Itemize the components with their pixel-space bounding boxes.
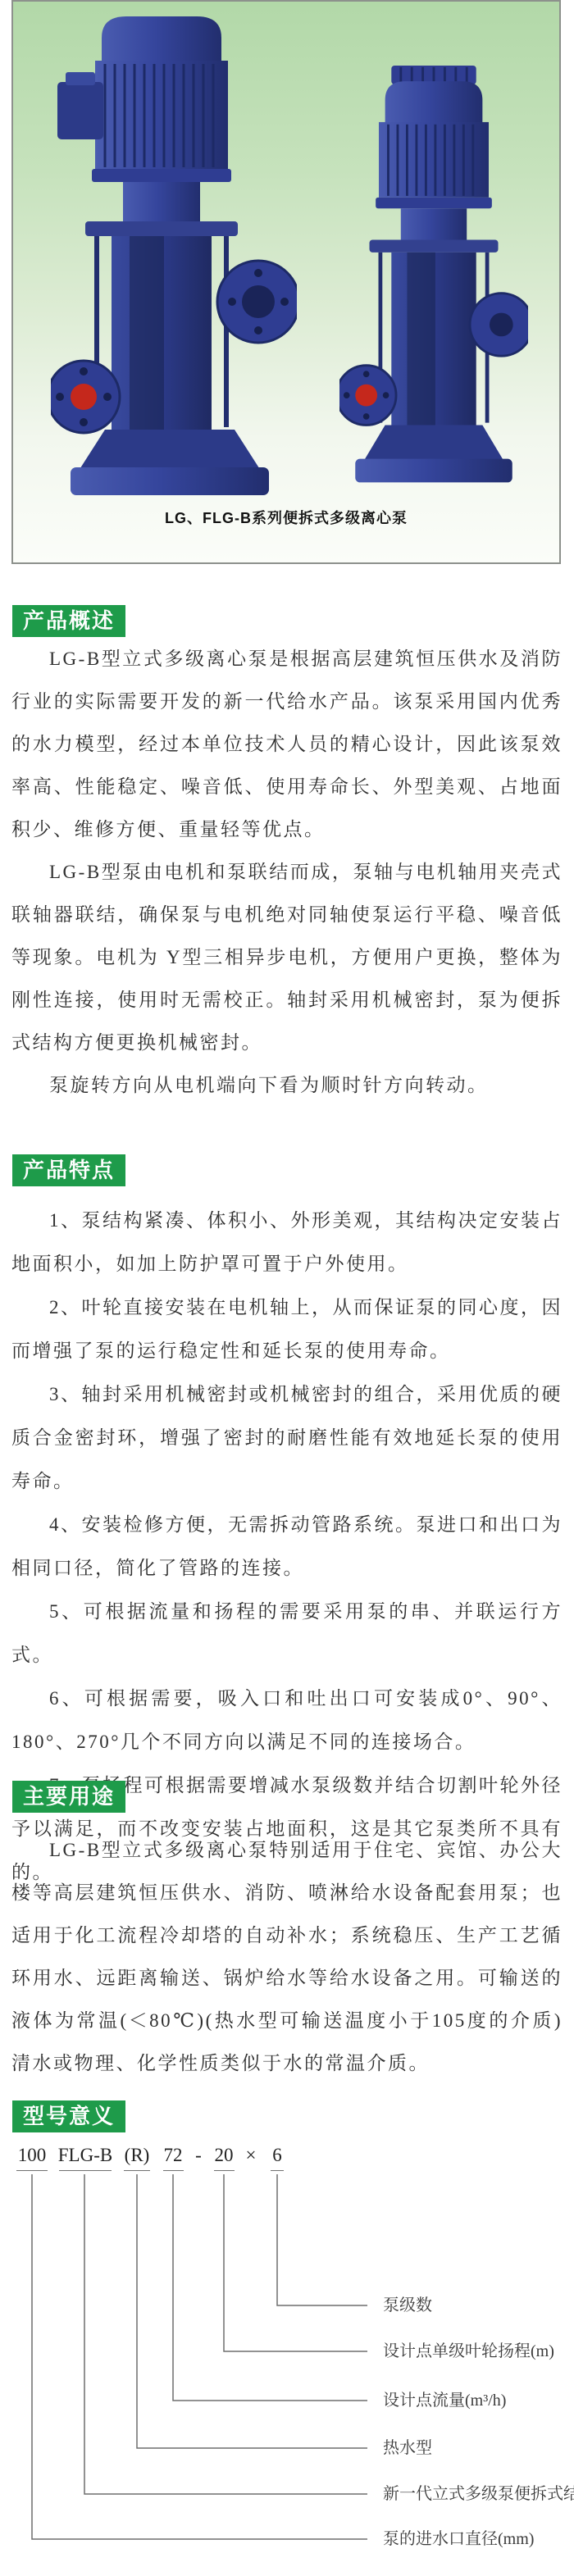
pump-image-right: [339, 66, 528, 489]
motor-cap: [102, 16, 221, 62]
section-header-features: 产品特点: [12, 1154, 125, 1186]
model-underline: [16, 2170, 48, 2171]
model-underline: [214, 2170, 235, 2171]
model-legend-flow: 设计点流量(m³/h): [383, 2390, 506, 2411]
pump-image-left: [51, 13, 297, 505]
flange-bolt: [80, 367, 88, 375]
pump-base-cone: [363, 425, 504, 462]
feature-item-3: 3、轴封采用机械密封或机械密封的组合，采用优质的硬质合金密封环，增强了密封的耐磨…: [11, 1372, 563, 1503]
flange-bolt: [254, 269, 262, 277]
feature-item-5: 5、可根据流量和扬程的需要采用泵的串、并联运行方式。: [11, 1590, 563, 1677]
flange-bolt: [80, 418, 88, 426]
outlet-flange-bore: [242, 285, 275, 318]
suction-flange-bore-red: [355, 385, 377, 407]
model-underline: [163, 2170, 184, 2171]
coupling-housing: [401, 208, 467, 239]
feature-item-6: 6、可根据需要，吸入口和吐出口可安装成0°、90°、180°、270°几个不同方…: [11, 1677, 563, 1764]
motor-cap: [385, 81, 483, 124]
motor-base-flange: [376, 198, 492, 208]
feature-item-1: 1、泵结构紧凑、体积小、外形美观，其结构决定安装占地面积小，如加上防护罩可置于户…: [11, 1199, 563, 1286]
flange-bolt: [228, 298, 236, 306]
page: LG、FLG-B系列便拆式多级离心泵 产品概述 LG-B型立式多级离心泵是根据高…: [0, 0, 574, 2576]
model-segment-times: ×: [239, 2145, 263, 2166]
model-legend-series: 新一代立式多级泵便拆式结构: [383, 2483, 574, 2505]
overview-paragraph-1: LG-B型立式多级离心泵是根据高层建筑恒压供水及消防行业的实际需要开发的新一代给…: [11, 638, 563, 851]
model-legend-inlet-diameter: 泵的进水口直径(mm): [383, 2528, 534, 2550]
product-photo: LG、FLG-B系列便拆式多级离心泵: [11, 0, 561, 564]
terminal-box-cap: [66, 72, 95, 85]
model-segment-hot-water: (R): [116, 2145, 157, 2166]
pump-base-plinth: [71, 467, 269, 495]
feature-item-2: 2、叶轮直接安装在电机轴上，从而保证泵的同心度，因而增强了泵的运行稳定性和延长泵…: [11, 1286, 563, 1372]
overview-text: LG-B型立式多级离心泵是根据高层建筑恒压供水及消防行业的实际需要开发的新一代给…: [11, 638, 563, 1107]
overview-paragraph-2: LG-B型泵由电机和泵联结而成，泵轴与电机轴用夹壳式联轴器联结，确保泵与电机绝对…: [11, 851, 563, 1064]
pump-head-flange: [85, 221, 238, 236]
flange-bolt: [103, 393, 112, 401]
pump-base-plinth: [355, 459, 512, 483]
suction-flange-bore-red: [71, 384, 97, 410]
model-underline: [271, 2170, 284, 2171]
flange-bolt: [56, 393, 64, 401]
usage-paragraph: LG-B型立式多级离心泵特别适用于住宅、宾馆、办公大楼等高层建筑恒压供水、消防、…: [11, 1829, 563, 2085]
model-underline: [59, 2170, 112, 2171]
section-header-overview: 产品概述: [12, 605, 125, 637]
pump-barrel-shadow: [130, 236, 164, 431]
model-segment-series: FLG-B: [57, 2145, 114, 2166]
overview-paragraph-3: 泵旋转方向从电机端向下看为顺时针方向转动。: [11, 1064, 563, 1107]
model-legend-head: 设计点单级叶轮扬程(m): [383, 2341, 554, 2362]
section-header-model: 型号意义: [12, 2100, 125, 2132]
flange-bolt: [280, 298, 289, 306]
motor-base-flange: [92, 169, 231, 182]
flange-bolt: [254, 326, 262, 335]
feature-item-4: 4、安装检修方便，无需拆动管路系统。泵进口和出口为相同口径，简化了管路的连接。: [11, 1503, 563, 1590]
section-header-usage: 主要用途: [12, 1781, 125, 1813]
pump-barrel-shadow: [407, 253, 435, 426]
model-segment-stages: 6: [265, 2145, 289, 2166]
usage-text: LG-B型立式多级离心泵特别适用于住宅、宾馆、办公大楼等高层建筑恒压供水、消防、…: [11, 1829, 563, 2085]
model-legend-hot-water: 热水型: [383, 2437, 432, 2459]
motor-top-ribs: [401, 67, 467, 83]
terminal-box: [57, 82, 103, 139]
flange-bolt: [363, 413, 370, 420]
pump-head-flange: [369, 240, 498, 253]
pump-base-cone: [79, 430, 261, 471]
coupling-housing: [123, 182, 200, 221]
flange-bolt: [363, 371, 370, 377]
model-legend-stages: 泵级数: [383, 2295, 432, 2316]
model-underline: [124, 2170, 150, 2171]
flange-bolt: [383, 392, 389, 398]
photo-caption: LG、FLG-B系列便拆式多级离心泵: [13, 507, 559, 528]
outlet-flange-bore: [490, 313, 513, 337]
flange-bolt: [344, 392, 350, 398]
model-segment-inlet-diameter: 100: [11, 2145, 52, 2166]
